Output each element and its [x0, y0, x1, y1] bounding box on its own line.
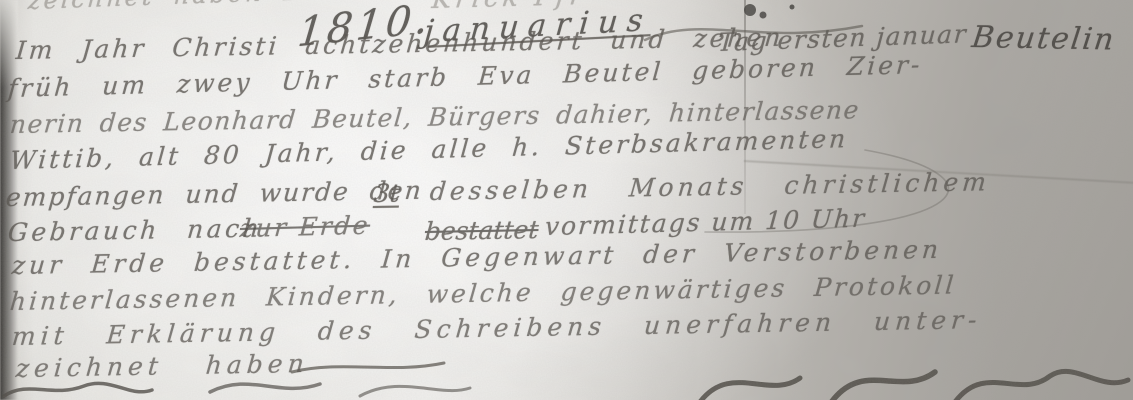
struck-text-zur-erde: zur Erde — [239, 211, 371, 243]
entry-line-5c: desselben Monats christlichem — [429, 167, 992, 206]
document-scan: zeichnet haben Die Krick Pfr 1810. janua… — [0, 0, 1133, 400]
signature-dash-flourish — [292, 363, 444, 372]
entry-line-5a: empfangen und wurde den — [5, 176, 424, 212]
ink-blots — [744, 4, 795, 19]
entry-line-10: zeichnet haben — [15, 349, 310, 383]
entry-line-5b-day-number: 3t — [373, 179, 401, 209]
entry-line-6a: Gebrauch nach — [7, 214, 264, 247]
entry-line-6b: vormittags um 10 Uhr — [544, 204, 867, 241]
margin-surname: Beutelin — [970, 20, 1118, 57]
previous-entry-tail: zeichnet haben Die — [27, 0, 335, 15]
